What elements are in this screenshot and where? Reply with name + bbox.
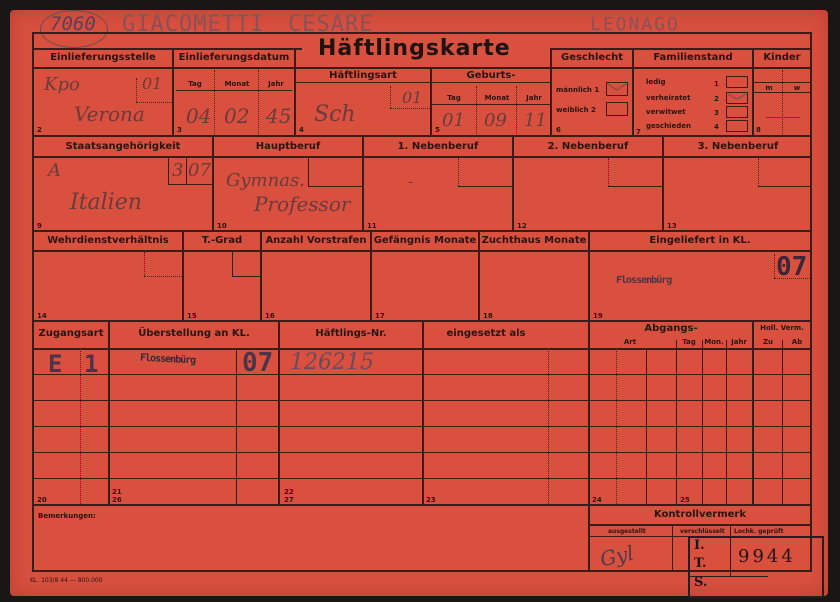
einlieferungsstelle-code: 01 [142, 74, 162, 93]
field-no-7: 7 [636, 128, 641, 136]
label-familienstand: Familienstand [634, 52, 752, 63]
nebenberuf1-dash: - [408, 174, 413, 190]
eingeliefert-code: 07 [776, 252, 807, 282]
checkbox-verheiratet[interactable] [726, 92, 748, 104]
label-nebenberuf-2: 2. Nebenberuf [514, 141, 662, 152]
checkbox-verwitwet[interactable] [726, 106, 748, 118]
checkbox-ledig[interactable] [726, 76, 748, 88]
field-no-25: 25 [680, 496, 690, 504]
checkbox-geschieden[interactable] [726, 120, 748, 132]
field-no-15: 15 [187, 312, 197, 320]
field-no-20: 20 [37, 496, 47, 504]
field-no-12: 12 [517, 222, 527, 230]
stamp-letter-i: I. [694, 538, 705, 553]
stamp-letter-t: T. [694, 556, 707, 571]
zugangsart-value-b: 1 [84, 350, 98, 378]
label-ueberstellung: Überstellung an KL. [110, 328, 278, 339]
label-eingesetzt: eingesetzt als [424, 328, 548, 339]
label-abgangs-jahr: Jahr [726, 338, 752, 346]
label-einlieferungsdatum: Einlieferungsdatum [174, 52, 294, 63]
option-geschieden-num: 4 [714, 123, 719, 131]
label-geb-jahr: Jahr [518, 94, 550, 102]
label-ausgestellt: ausgestellt [608, 528, 646, 535]
label-vorstrafen: Anzahl Vorstrafen [262, 235, 370, 246]
field-no-13: 13 [667, 222, 677, 230]
hauptberuf-line1: Gymnas. [226, 170, 305, 191]
field-no-23: 23 [426, 496, 436, 504]
label-holl-verm: Holl. Verm. [754, 324, 810, 332]
field-no-4: 4 [299, 126, 304, 134]
label-kinder-m: m [756, 84, 782, 92]
option-verheiratet-num: 2 [714, 95, 719, 103]
label-bemerkungen: Bemerkungen: [38, 512, 96, 520]
card-title: Häftlingskarte [318, 36, 511, 61]
checkbox-weiblich[interactable] [606, 102, 628, 116]
label-tgrad: T.-Grad [184, 235, 260, 246]
prisoner-card: 7060 GIACOMETTI CESARE LEONAGO Häftlings… [10, 10, 828, 596]
field-no-14: 14 [37, 312, 47, 320]
label-einl-tag: Tag [176, 80, 214, 88]
label-staatsangehoerigkeit: Staatsangehörigkeit [34, 141, 212, 152]
checkmark-x-icon [607, 83, 627, 95]
option-weiblich: weiblich 2 [556, 106, 596, 114]
option-geschieden: geschieden [646, 122, 691, 130]
label-einl-monat: Monat [216, 80, 258, 88]
option-verwitwet-num: 3 [714, 109, 719, 117]
option-verwitwet: verwitwet [646, 108, 686, 116]
label-geburts: Geburts- [432, 70, 550, 81]
field-no-27: 27 [284, 496, 294, 504]
field-no-6: 6 [556, 126, 561, 134]
field-no-9: 9 [37, 222, 42, 230]
label-hauptberuf: Hauptberuf [214, 141, 362, 152]
geb-monat-value: 09 [484, 110, 507, 131]
einlieferungsstelle-line1: Kpo [44, 74, 80, 95]
label-haeftlingsnr: Häftlings-Nr. [280, 328, 422, 339]
checkbox-maennlich[interactable] [606, 82, 628, 96]
field-no-5: 5 [435, 126, 440, 134]
field-no-8: 8 [756, 126, 761, 134]
geb-jahr-value: 11 [524, 110, 547, 131]
haeftlingsnr-value: 126215 [290, 350, 374, 375]
label-kontrollvermerk: Kontrollvermerk [590, 509, 810, 520]
field-no-2: 2 [37, 126, 42, 134]
staats-value: Italien [70, 190, 142, 215]
label-gefaengnis: Gefängnis Monate [372, 235, 478, 246]
label-wehrdienst: Wehrdienstverhältnis [34, 235, 182, 246]
ueberstellung-stamp: Flossenbürg [140, 353, 196, 367]
label-nebenberuf-3: 3. Nebenberuf [664, 141, 812, 152]
label-abgangs-tag: Tag [676, 338, 702, 346]
field-no-10: 10 [217, 222, 227, 230]
label-haeftlingsart: Häftlingsart [296, 70, 430, 81]
label-kinder: Kinder [754, 52, 810, 63]
option-ledig-num: 1 [714, 80, 719, 88]
field-no-3: 3 [177, 126, 182, 134]
print-code: KL. 103/8 44 — 800.000 [30, 577, 103, 584]
zugangsart-value-a: E [48, 350, 62, 378]
option-ledig: ledig [646, 78, 666, 86]
label-geb-monat: Monat [478, 94, 516, 102]
label-eingeliefert: Eingeliefert in KL. [590, 235, 810, 246]
option-verheiratet: verheiratet [646, 94, 691, 102]
label-holl-ab: Ab [784, 338, 810, 346]
field-no-18: 18 [483, 312, 493, 320]
ueberstellung-code: 07 [242, 348, 273, 378]
einl-jahr-value: 45 [266, 104, 291, 128]
ausgestellt-signature: Gyl [598, 541, 636, 571]
haeftlingsart-value: Sch [314, 102, 356, 127]
einl-tag-value: 04 [186, 104, 211, 128]
label-einlieferungsstelle: Einlieferungsstelle [34, 52, 172, 63]
einl-monat-value: 02 [224, 104, 249, 128]
kinder-dash [766, 117, 800, 118]
field-no-24: 24 [592, 496, 602, 504]
stamp-number: 9944 [738, 546, 796, 567]
geb-tag-value: 01 [442, 110, 465, 131]
field-no-19: 19 [593, 312, 603, 320]
label-abgangs: Abgangs- [590, 323, 752, 334]
field-no-26: 26 [112, 496, 122, 504]
hauptberuf-line2: Professor [254, 192, 350, 216]
staats-code-b: 07 [188, 160, 211, 181]
einlieferungsstelle-line2: Verona [74, 102, 145, 126]
label-einl-jahr: Jahr [260, 80, 292, 88]
label-zugangsart: Zugangsart [34, 328, 108, 339]
checkmark-x-icon [727, 93, 747, 103]
label-lochk-geprueft: Lochk. geprüft [734, 528, 784, 535]
label-geb-tag: Tag [434, 94, 474, 102]
field-no-17: 17 [375, 312, 385, 320]
label-verschluesselt: verschlüsselt [680, 528, 725, 535]
field-no-22: 22 [284, 488, 294, 496]
option-maennlich: männlich 1 [556, 86, 599, 94]
staats-code-a: 3 [172, 160, 183, 181]
label-nebenberuf-1: 1. Nebenberuf [364, 141, 512, 152]
stamp-letter-s: S. [694, 575, 707, 590]
staats-mark: A [48, 160, 61, 181]
label-holl-zu: Zu [754, 338, 782, 346]
label-geschlecht: Geschlecht [552, 52, 632, 63]
haeftlingsart-code: 01 [402, 88, 422, 107]
label-abgangs-art: Art [610, 338, 650, 346]
field-no-11: 11 [367, 222, 377, 230]
field-no-16: 16 [265, 312, 275, 320]
label-zuchthaus: Zuchthaus Monate [480, 235, 588, 246]
label-abgangs-mon: Mon. [702, 338, 726, 346]
eingeliefert-stamp: Flossenbürg [616, 275, 671, 286]
field-no-21: 21 [112, 488, 122, 496]
label-kinder-w: w [784, 84, 810, 92]
